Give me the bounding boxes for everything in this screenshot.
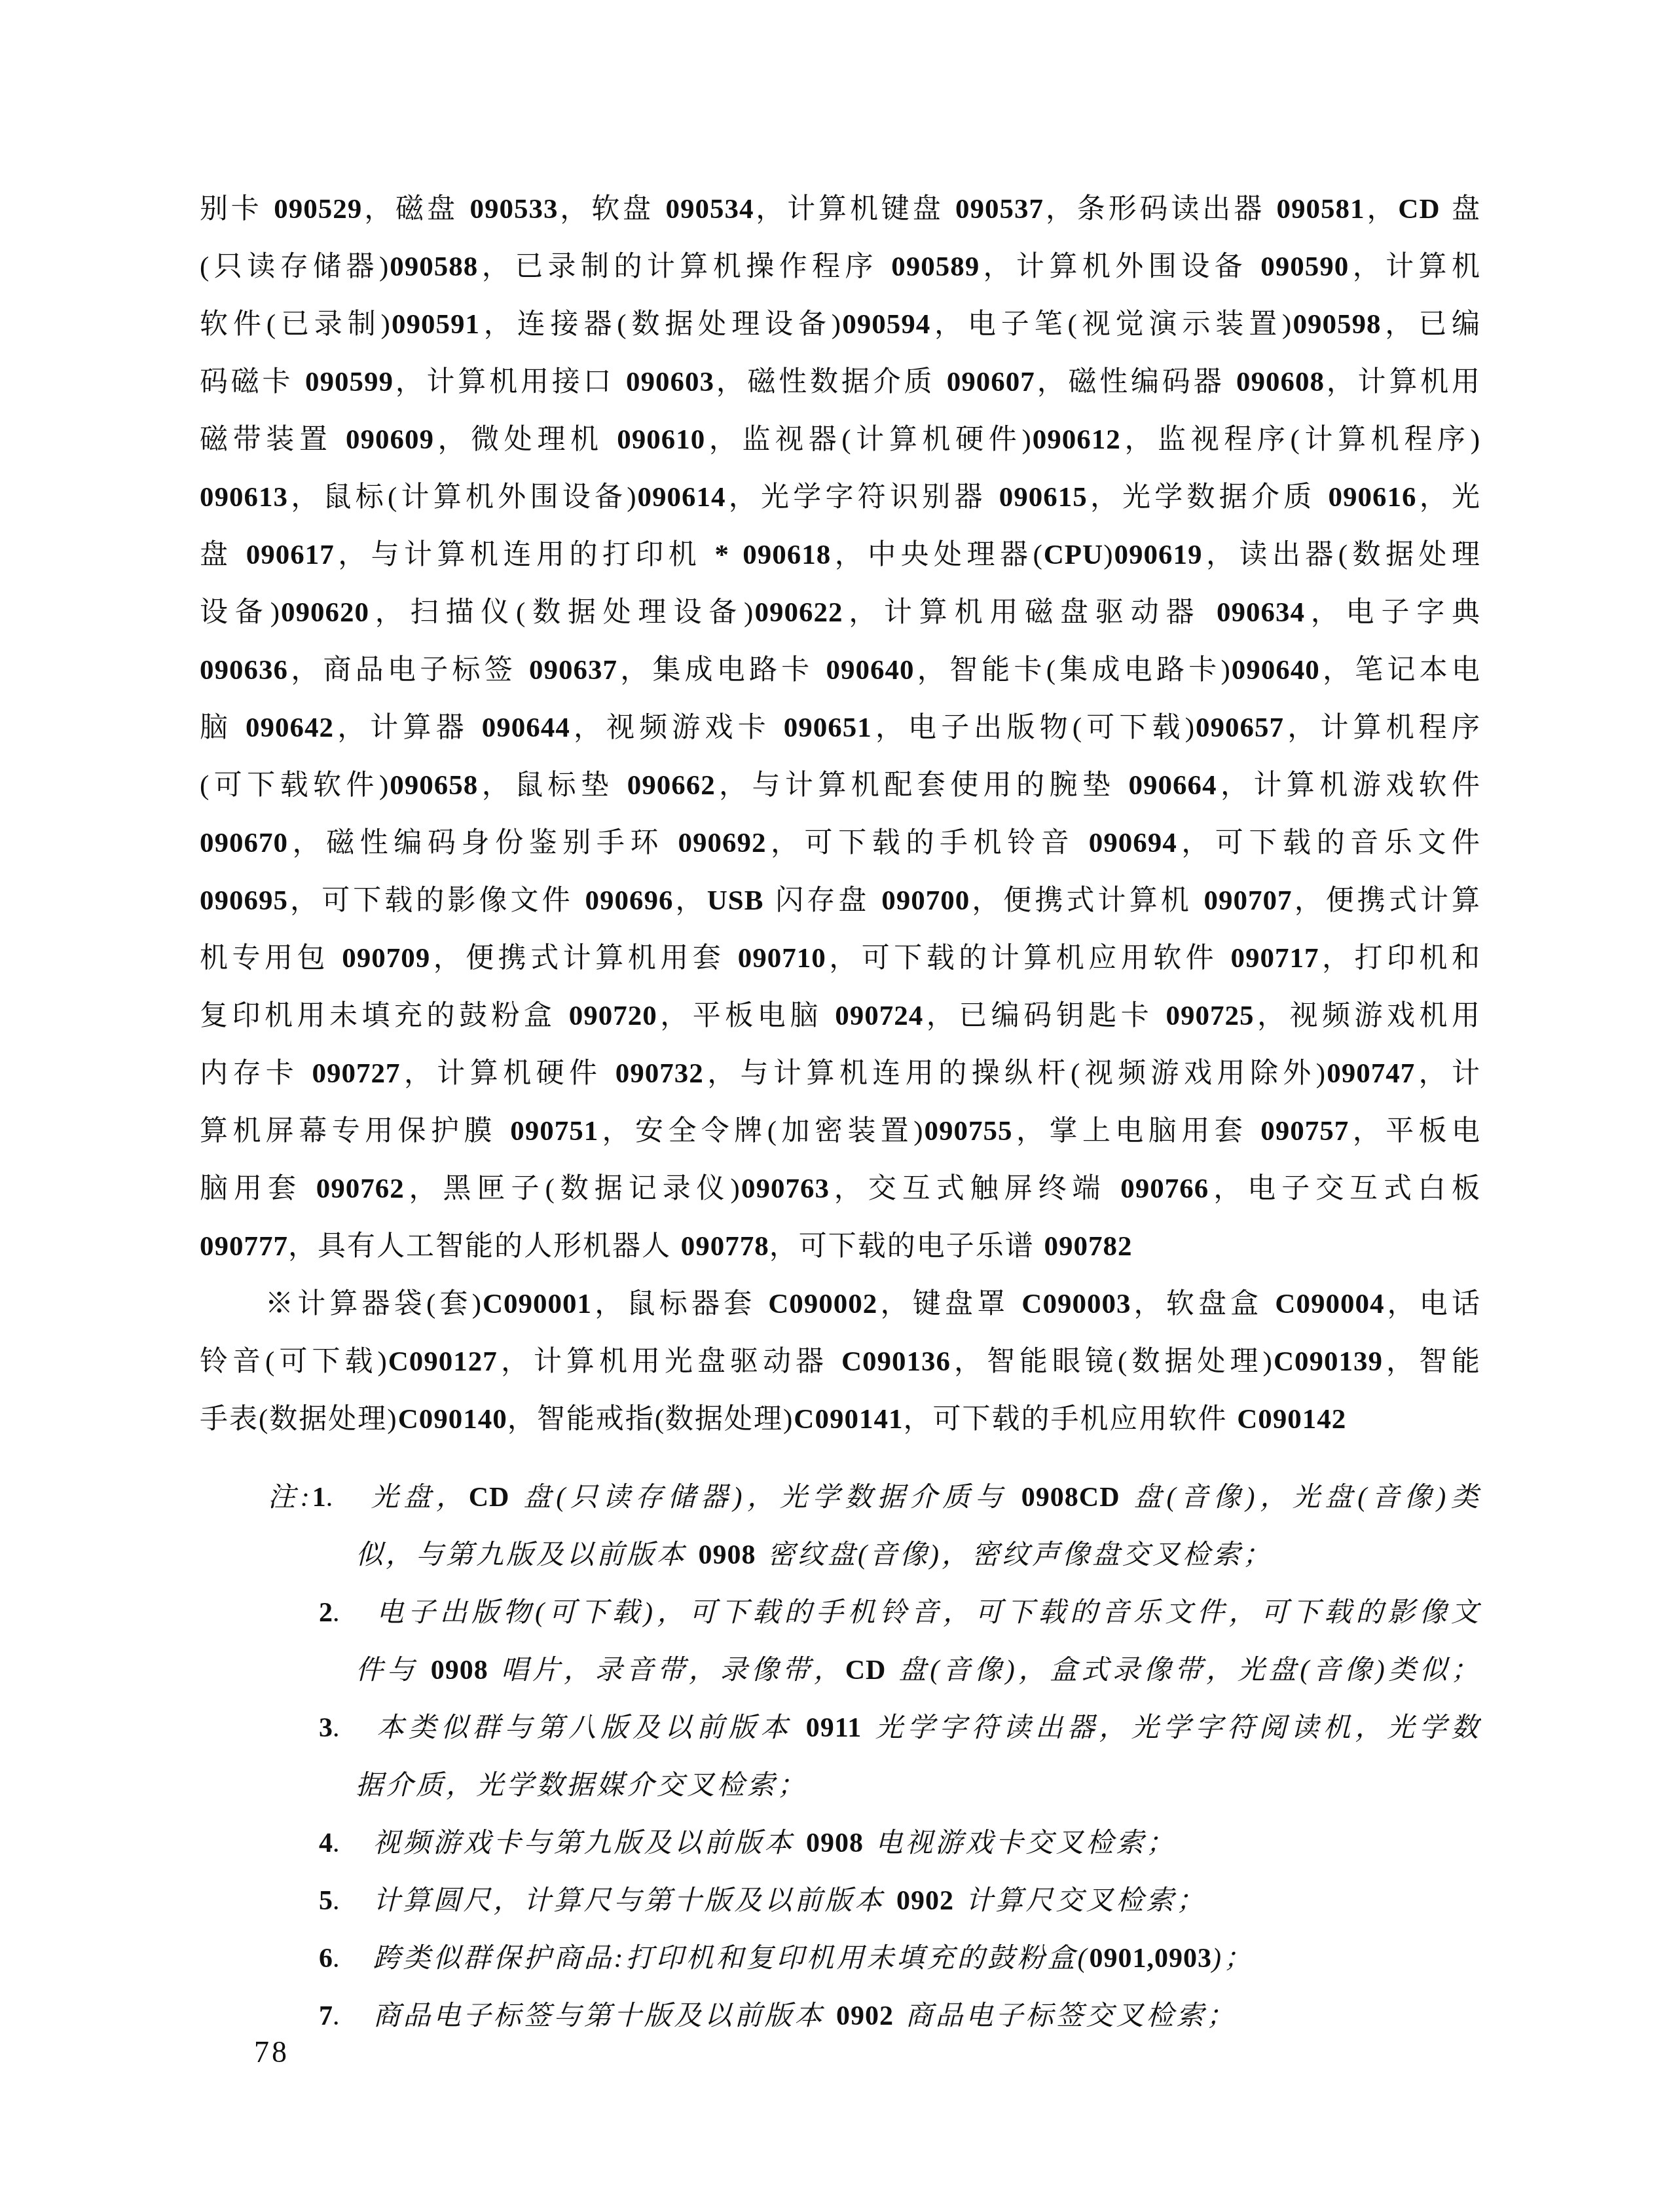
page-number: 78 xyxy=(254,2033,289,2072)
code-number: 090725 xyxy=(1166,1001,1254,1031)
note-line: 注:1. 光盘，CD 盘(只读存储器)，光学数据介质与 0908CD 盘(音像)… xyxy=(200,1469,1481,1526)
code-number: 090732 xyxy=(615,1058,704,1089)
code-number: C090004 xyxy=(1275,1289,1384,1319)
code-number: 090717 xyxy=(1231,943,1319,974)
code-number: C090002 xyxy=(768,1289,877,1319)
code-number: CD xyxy=(469,1483,510,1513)
code-number: C090140 xyxy=(398,1404,507,1435)
code-number: CPU xyxy=(1044,540,1103,570)
code-number: 090720 xyxy=(569,1001,657,1031)
code-number: USB xyxy=(707,885,764,916)
code-number: * xyxy=(715,540,730,570)
code-number: 090692 xyxy=(678,828,766,858)
code-number: 090644 xyxy=(482,712,570,743)
code-number: 090694 xyxy=(1089,828,1177,858)
text-line: 090777，具有人工智能的人形机器人 090778，可下载的电子乐谱 0907… xyxy=(200,1218,1481,1276)
note-line: 件与 0908 唱片，录音带，录像带，CD 盘(音像)，盒式录像带，光盘(音像)… xyxy=(200,1642,1481,1699)
code-number: 090727 xyxy=(312,1058,401,1089)
code-number: 1 xyxy=(312,1483,327,1513)
code-number: 090695 xyxy=(200,885,288,916)
code-number: 090700 xyxy=(881,885,970,916)
code-number: 090588 xyxy=(390,251,478,282)
text-line: 盘 090617，与计算机连用的打印机 * 090618，中央处理器(CPU)0… xyxy=(200,526,1481,584)
c-codes-paragraph: ※计算器袋(套)C090001，鼠标器套 C090002，键盘罩 C090003… xyxy=(200,1276,1481,1448)
code-number: C090001 xyxy=(483,1289,592,1319)
code-number: 090591 xyxy=(392,309,480,340)
code-number: 090696 xyxy=(585,885,674,916)
text-line: 090636，商品电子标签 090637，集成电路卡 090640，智能卡(集成… xyxy=(200,642,1481,699)
code-number: 090608 xyxy=(1236,367,1325,397)
code-number: C090003 xyxy=(1021,1289,1131,1319)
code-number: C090142 xyxy=(1237,1404,1346,1435)
code-number: 090599 xyxy=(305,367,394,397)
text-line: ※计算器袋(套)C090001，鼠标器套 C090002，键盘罩 C090003… xyxy=(200,1276,1481,1333)
code-number: 090724 xyxy=(835,1001,923,1031)
code-number: CD xyxy=(845,1655,887,1686)
code-number: 090616 xyxy=(1329,482,1417,513)
text-line: (可下载软件)090658，鼠标垫 090662，与计算机配套使用的腕垫 090… xyxy=(200,757,1481,815)
text-line: 磁带装置 090609，微处理机 090610，监视器(计算机硬件)090612… xyxy=(200,411,1481,469)
code-number: 090751 xyxy=(510,1116,598,1147)
code-number: 090636 xyxy=(200,655,288,686)
note-line: 3. 本类似群与第八版及以前版本 0911 光学字符读出器，光学字符阅读机，光学… xyxy=(200,1699,1481,1757)
text-line: 090670，磁性编码身份鉴别手环 090692，可下载的手机铃音 090694… xyxy=(200,815,1481,872)
code-number: 090615 xyxy=(999,482,1088,513)
code-number: C090136 xyxy=(841,1346,951,1377)
code-number: 090762 xyxy=(316,1173,405,1204)
code-number: 090640 xyxy=(826,655,915,686)
note-line: 据介质，光学数据媒介交叉检索； xyxy=(200,1757,1481,1815)
code-number: 6 xyxy=(319,1944,333,1974)
code-number: 090634 xyxy=(1217,597,1305,628)
code-number: 090637 xyxy=(529,655,617,686)
note-line: 2. 电子出版物(可下载)，可下载的手机铃音，可下载的音乐文件，可下载的影像文 xyxy=(200,1584,1481,1642)
code-number: 090603 xyxy=(626,367,714,397)
code-number: 090609 xyxy=(346,424,434,455)
code-number: 0908CD xyxy=(1021,1483,1120,1513)
code-number: 0901,0903 xyxy=(1089,1944,1212,1974)
code-number: 090533 xyxy=(469,194,558,225)
code-number: 090590 xyxy=(1260,251,1349,282)
classification-paragraph: 别卡 090529，磁盘 090533，软盘 090534，计算机键盘 0905… xyxy=(200,181,1481,1276)
code-number: 090657 xyxy=(1196,712,1284,743)
main-text-block: 别卡 090529，磁盘 090533，软盘 090534，计算机键盘 0905… xyxy=(200,181,1481,2045)
code-number: 090617 xyxy=(246,540,335,570)
code-number: 0908 xyxy=(806,1828,864,1858)
note-line: 7. 商品电子标签与第十版及以前版本 0902 商品电子标签交叉检索； xyxy=(200,1987,1481,2045)
text-line: 算机屏幕专用保护膜 090751，安全令牌(加密装置)090755，掌上电脑用套… xyxy=(200,1103,1481,1160)
code-number: 0908 xyxy=(699,1540,756,1570)
code-number: 090607 xyxy=(947,367,1035,397)
text-line: 脑 090642，计算器 090644，视频游戏卡 090651，电子出版物(可… xyxy=(200,699,1481,757)
code-number: 7 xyxy=(319,2001,333,2031)
text-line: 软件(已录制)090591，连接器(数据处理设备)090594，电子笔(视觉演示… xyxy=(200,296,1481,354)
code-number: 090619 xyxy=(1114,540,1203,570)
code-number: 090766 xyxy=(1120,1173,1209,1204)
code-number: C090141 xyxy=(794,1404,903,1435)
code-number: 090594 xyxy=(842,309,930,340)
code-number: 090640 xyxy=(1232,655,1320,686)
code-number: 090622 xyxy=(754,597,843,628)
code-number: 0911 xyxy=(806,1713,862,1743)
text-line: 内存卡 090727，计算机硬件 090732，与计算机连用的操纵杆(视频游戏用… xyxy=(200,1045,1481,1103)
code-number: C090139 xyxy=(1274,1346,1383,1377)
code-number: 090709 xyxy=(342,943,430,974)
code-number: 090610 xyxy=(617,424,705,455)
code-number: 090670 xyxy=(200,828,288,858)
text-line: 别卡 090529，磁盘 090533，软盘 090534，计算机键盘 0905… xyxy=(200,181,1481,238)
code-number: 090589 xyxy=(891,251,980,282)
code-number: 0902 xyxy=(896,1886,954,1916)
note-line: 5. 计算圆尺，计算尺与第十版及以前版本 0902 计算尺交叉检索； xyxy=(200,1872,1481,1930)
note-line: 似，与第九版及以前版本 0908 密纹盘(音像)，密纹声像盘交叉检索； xyxy=(200,1526,1481,1584)
code-number: 090658 xyxy=(390,770,478,801)
text-line: 脑用套 090762，黑匣子(数据记录仪)090763，交互式触屏终端 0907… xyxy=(200,1160,1481,1218)
code-number: 090662 xyxy=(627,770,716,801)
note-line: 4. 视频游戏卡与第九版及以前版本 0908 电视游戏卡交叉检索； xyxy=(200,1815,1481,1872)
code-number: 090707 xyxy=(1204,885,1293,916)
notes-section: 注:1. 光盘，CD 盘(只读存储器)，光学数据介质与 0908CD 盘(音像)… xyxy=(200,1469,1481,2045)
code-number: 090598 xyxy=(1293,309,1381,340)
document-page: 别卡 090529，磁盘 090533，软盘 090534，计算机键盘 0905… xyxy=(0,0,1671,2212)
code-number: 090710 xyxy=(738,943,826,974)
code-number: 090537 xyxy=(955,194,1044,225)
text-line: (只读存储器)090588，已录制的计算机操作程序 090589，计算机外围设备… xyxy=(200,238,1481,296)
code-number: 0908 xyxy=(431,1655,488,1686)
text-line: 铃音(可下载)C090127，计算机用光盘驱动器 C090136，智能眼镜(数据… xyxy=(200,1333,1481,1391)
code-number: 090757 xyxy=(1260,1116,1349,1147)
code-number: 090755 xyxy=(925,1116,1013,1147)
code-number: 090613 xyxy=(200,482,288,513)
code-number: 0902 xyxy=(836,2001,894,2031)
code-number: 090651 xyxy=(784,712,872,743)
code-number: 3 xyxy=(319,1713,333,1743)
code-number: CD xyxy=(1398,194,1440,225)
code-number: 090614 xyxy=(638,482,726,513)
code-number: 090777 xyxy=(200,1231,288,1262)
code-number: 5 xyxy=(319,1886,333,1916)
code-number: 090747 xyxy=(1327,1058,1415,1089)
code-number: 090664 xyxy=(1129,770,1217,801)
text-line: 机专用包 090709，便携式计算机用套 090710，可下载的计算机应用软件 … xyxy=(200,930,1481,987)
code-number: 090620 xyxy=(281,597,369,628)
code-number: 090642 xyxy=(246,712,334,743)
code-number: 090782 xyxy=(1044,1231,1133,1262)
code-number: 090534 xyxy=(665,194,754,225)
code-number: 4 xyxy=(319,1828,333,1858)
text-line: 码磁卡 090599，计算机用接口 090603，磁性数据介质 090607，磁… xyxy=(200,354,1481,411)
code-number: C090127 xyxy=(388,1346,498,1377)
text-line: 复印机用未填充的鼓粉盒 090720，平板电脑 090724，已编码钥匙卡 09… xyxy=(200,987,1481,1045)
text-line: 090613，鼠标(计算机外围设备)090614，光学字符识别器 090615，… xyxy=(200,469,1481,526)
code-number: 090763 xyxy=(741,1173,830,1204)
text-line: 手表(数据处理)C090140，智能戒指(数据处理)C090141，可下载的手机… xyxy=(200,1391,1481,1448)
code-number: 090581 xyxy=(1277,194,1365,225)
code-number: 090529 xyxy=(274,194,362,225)
text-line: 090695，可下载的影像文件 090696，USB 闪存盘 090700，便携… xyxy=(200,872,1481,930)
code-number: 090612 xyxy=(1033,424,1121,455)
code-number: 090618 xyxy=(743,540,831,570)
note-line: 6. 跨类似群保护商品:打印机和复印机用未填充的鼓粉盒(0901,0903)； xyxy=(200,1930,1481,1987)
code-number: 090778 xyxy=(681,1231,769,1262)
code-number: 2 xyxy=(319,1598,333,1628)
text-line: 设备)090620，扫描仪(数据处理设备)090622，计算机用磁盘驱动器 09… xyxy=(200,584,1481,642)
